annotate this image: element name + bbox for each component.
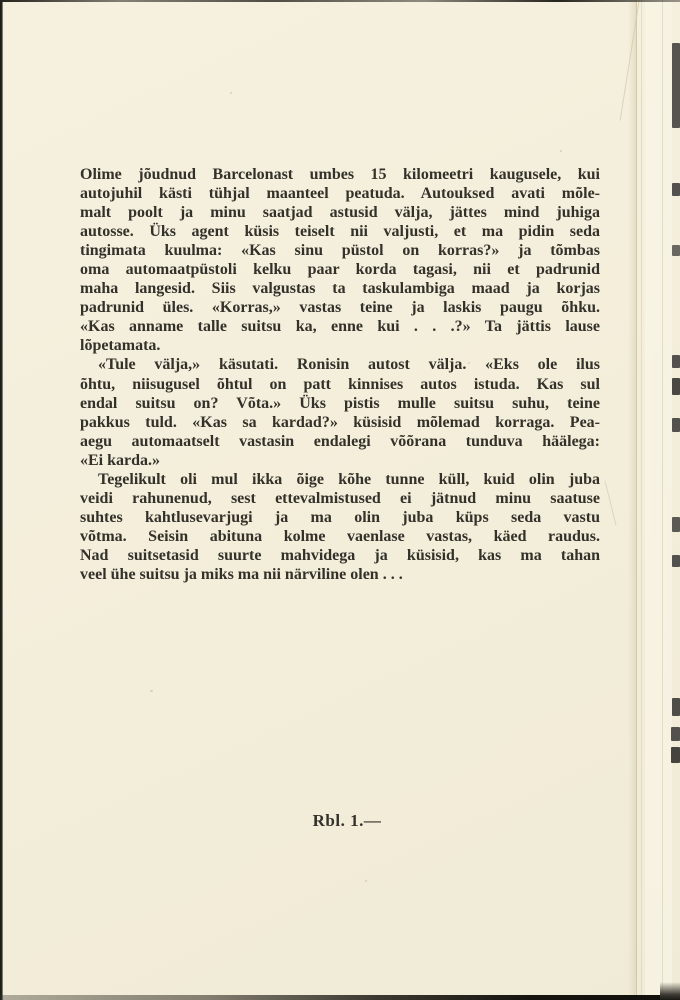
text-line: maha langesid. Siis valgustas ta taskula… <box>80 279 600 298</box>
text-line: veidi rahunenud, sest ettevalmistused ei… <box>80 489 600 508</box>
page-edge-mark <box>672 43 680 128</box>
text-line: võtma. Seisin abituna kolme vaenlase vas… <box>80 527 600 546</box>
scanned-book-page: Olime jõudnud Barcelonast umbes 15 kilom… <box>0 0 680 1000</box>
text-line: tingimata kuulma: «Kas sinu püstol on ko… <box>80 241 600 260</box>
paper-speckle <box>365 880 367 882</box>
page-edge-mark <box>672 698 680 716</box>
text-line: endal suitsu on? Võta.» Üks pistis mulle… <box>80 394 600 413</box>
text-line: aegu automaatselt vastasin endalegi võõr… <box>80 432 600 451</box>
paper-speckle <box>560 150 562 152</box>
scan-bottom-edge <box>0 995 680 1000</box>
text-line: «Ei karda.» <box>80 451 600 470</box>
page-edge-line <box>662 0 663 1000</box>
text-block: Olime jõudnud Barcelonast umbes 15 kilom… <box>80 165 600 584</box>
text-line: autosse. Üks agent küsis teiselt nii val… <box>80 222 600 241</box>
text-line: Olime jõudnud Barcelonast umbes 15 kilom… <box>80 165 600 184</box>
text-line: suhtes kahtlusevarjugi ja ma olin juba k… <box>80 508 600 527</box>
scan-bottom-right-corner <box>660 982 680 1000</box>
scan-left-edge <box>0 0 3 1000</box>
fold-crease-line <box>636 0 637 1000</box>
text-line: «Tule välja,» käsutati. Ronisin autost v… <box>80 355 600 374</box>
page-edge-mark <box>672 378 680 395</box>
text-line: autojuhil kästi tühjal maanteel peatuda.… <box>80 184 600 203</box>
page-edge-mark <box>672 555 680 567</box>
paper-speckle <box>150 690 153 692</box>
page-edge-mark <box>672 183 680 196</box>
paper-crease-line <box>604 481 616 526</box>
text-line: malt poolt ja minu saatjad astusid välja… <box>80 203 600 222</box>
text-line: pakkus tuld. «Kas sa kardad?» küsisid mõ… <box>80 413 600 432</box>
text-line: Nad suitsetasid suurte mahvidega ja küsi… <box>80 546 600 565</box>
page-edge-mark <box>671 727 680 741</box>
text-line: Tegelikult oli mul ikka õige kõhe tunne … <box>80 470 600 489</box>
scan-top-edge <box>0 0 680 2</box>
page-edge-mark <box>672 355 680 368</box>
text-line: õhtu, niisugusel õhtul on patt kinnises … <box>80 375 600 394</box>
text-line: veel ühe suitsu ja miks ma nii närviline… <box>80 565 600 584</box>
page-edge-mark <box>672 517 680 532</box>
fold-crease-line <box>641 0 642 1000</box>
text-line: «Kas anname talle suitsu ka, enne kui . … <box>80 317 600 336</box>
text-line: oma automaatpüstoli kelku paar korda tag… <box>80 260 600 279</box>
fold-shadow <box>628 0 636 1000</box>
page-fold-column <box>645 0 672 1000</box>
page-edge-mark <box>672 418 680 432</box>
page-edge-mark <box>672 245 680 256</box>
price-label: Rbl. 1.— <box>0 811 680 831</box>
text-line: padrunid üles. «Korras,» vastas teine ja… <box>80 298 600 317</box>
paper-speckle <box>230 92 232 94</box>
page-edge-mark <box>671 747 680 763</box>
text-line: lõpetamata. <box>80 336 600 355</box>
